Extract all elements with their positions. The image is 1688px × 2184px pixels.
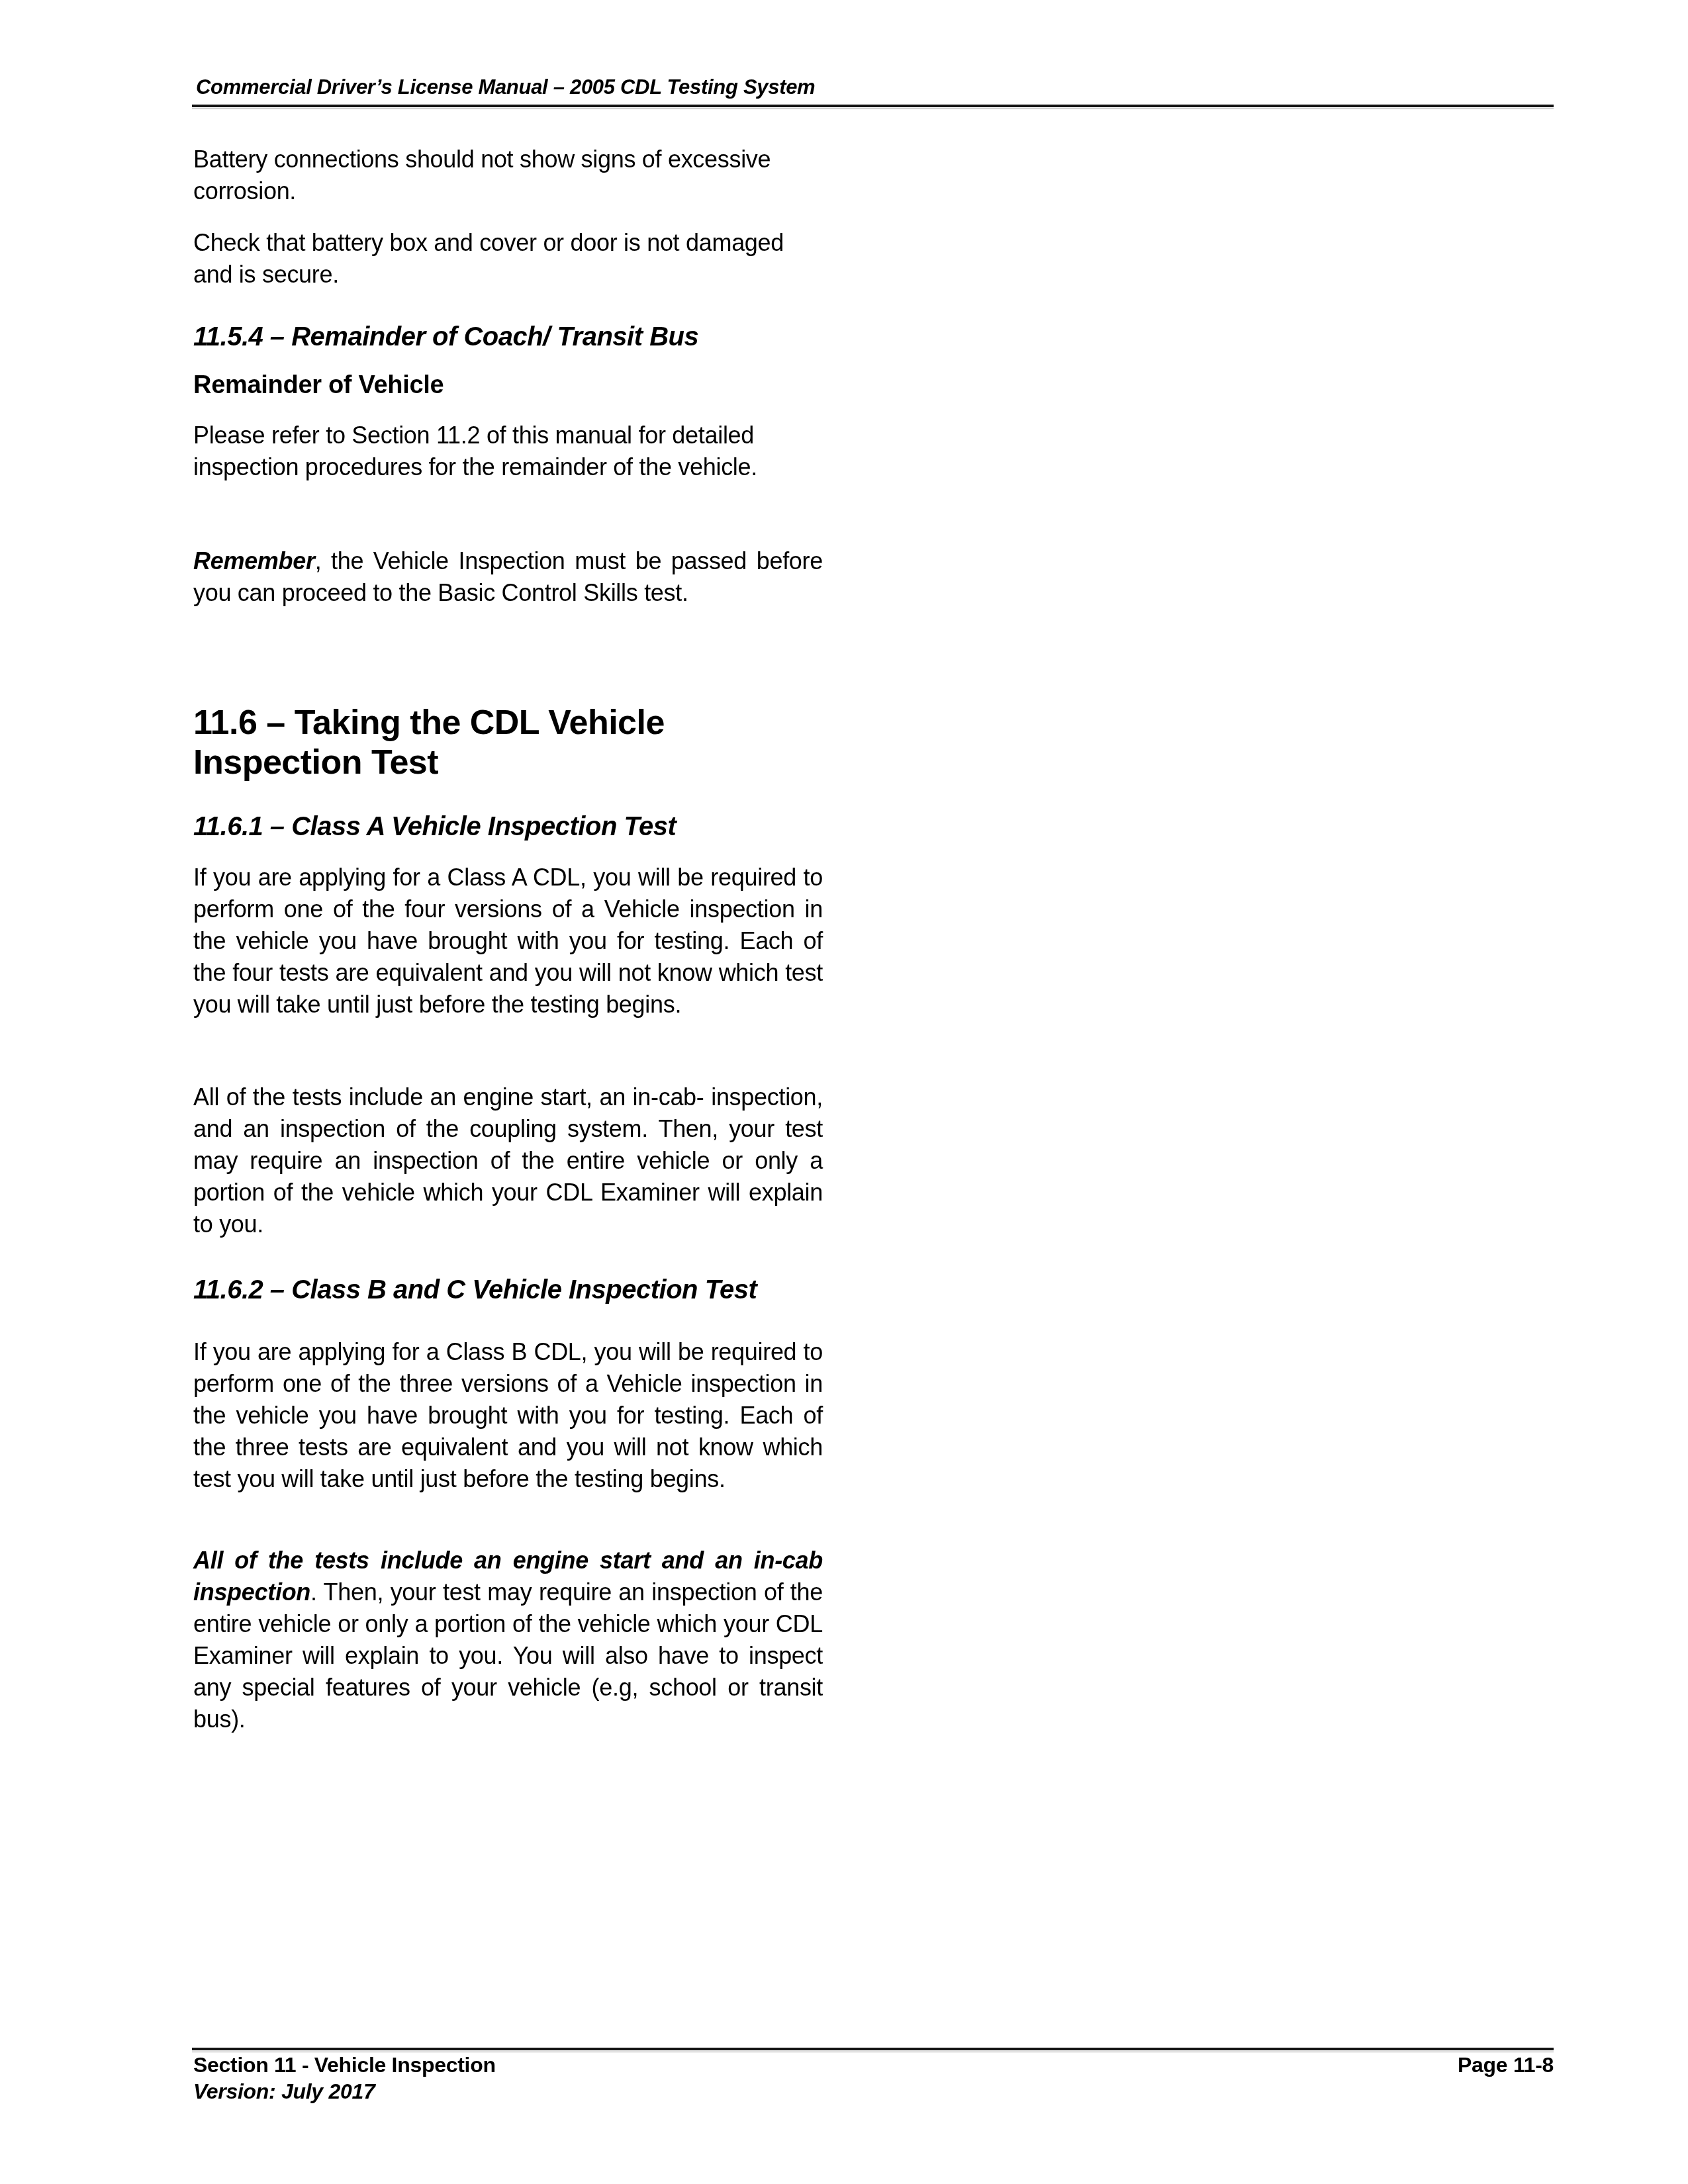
footer-page-number: Page 11-8	[1458, 2052, 1554, 2078]
header-rule	[192, 105, 1554, 109]
heading-11-6-2: 11.6.2 – Class B and C Vehicle Inspectio…	[193, 1274, 823, 1306]
heading-11-5-4: 11.5.4 – Remainder of Coach/ Transit Bus	[193, 321, 823, 353]
para-battery-box: Check that battery box and cover or door…	[193, 227, 823, 291]
document-page: Commercial Driver’s License Manual – 200…	[0, 0, 1688, 2184]
footer-version: Version: July 2017	[193, 2078, 1120, 2105]
heading-remainder-of-vehicle: Remainder of Vehicle	[193, 369, 823, 401]
para-class-b-tests: All of the tests include an engine start…	[193, 1545, 823, 1735]
para-remember-lead: Remember	[193, 547, 315, 574]
heading-11-6-1: 11.6.1 – Class A Vehicle Inspection Test	[193, 811, 823, 842]
para-remember: Remember, the Vehicle Inspection must be…	[193, 545, 823, 609]
footer-left: Section 11 - Vehicle Inspection Version:…	[193, 2052, 1120, 2105]
para-battery-connections: Battery connections should not show sign…	[193, 144, 823, 207]
para-class-b-intro: If you are applying for a Class B CDL, y…	[193, 1336, 823, 1495]
footer-section-title: Section 11 - Vehicle Inspection	[193, 2052, 1120, 2078]
heading-11-6: 11.6 – Taking the CDL Vehicle Inspection…	[193, 703, 823, 782]
header-title: Commercial Driver’s License Manual – 200…	[196, 74, 1454, 101]
para-class-a-tests: All of the tests include an engine start…	[193, 1081, 823, 1240]
para-class-a-intro: If you are applying for a Class A CDL, y…	[193, 862, 823, 1021]
para-refer-section-11-2: Please refer to Section 11.2 of this man…	[193, 420, 823, 483]
